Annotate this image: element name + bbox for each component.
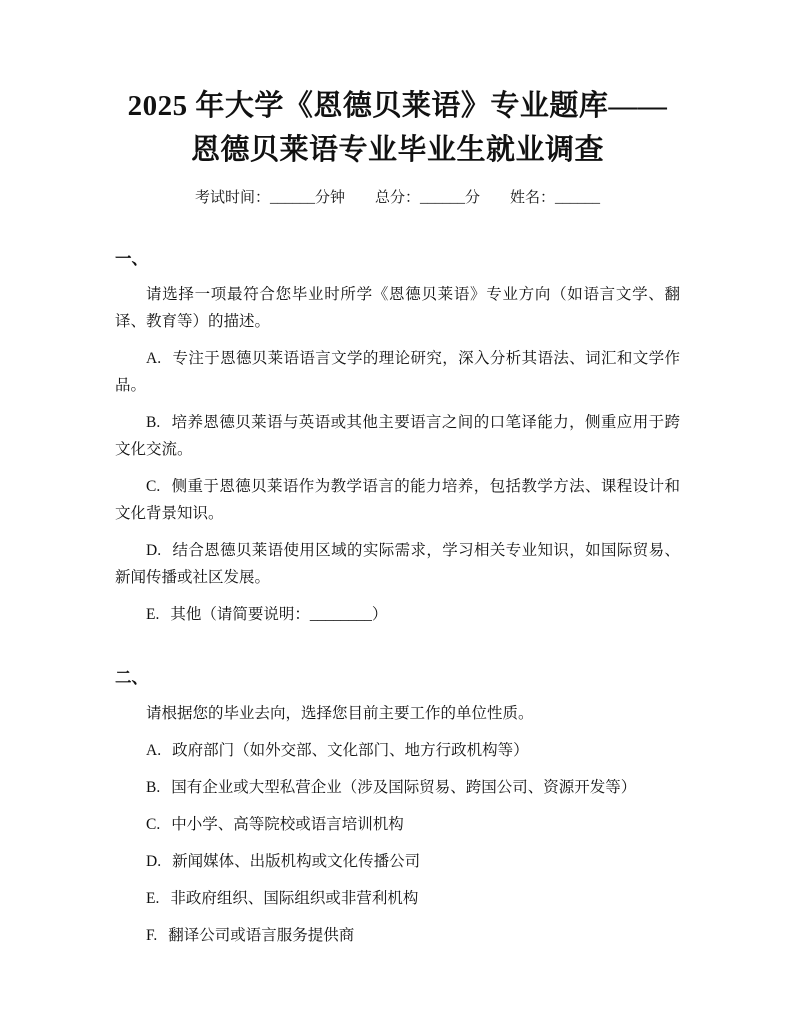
option-text: 政府部门（如外交部、文化部门、地方行政机构等） xyxy=(172,742,529,759)
section-1: 一、 请选择一项最符合您毕业时所学《恩德贝莱语》专业方向（如语言文学、翻译、教育… xyxy=(115,249,680,628)
exam-time-field: 考试时间：______分钟 xyxy=(195,188,345,209)
option-text: 国有企业或大型私营企业（涉及国际贸易、跨国公司、资源开发等） xyxy=(171,779,636,796)
option-text: 专注于恩德贝莱语语言文学的理论研究，深入分析其语法、词汇和文学作品。 xyxy=(115,350,680,394)
section-2: 二、 请根据您的毕业去向，选择您目前主要工作的单位性质。 A.政府部门（如外交部… xyxy=(115,668,680,949)
exam-time-unit: 分钟 xyxy=(315,190,345,206)
option-label: E. xyxy=(146,606,159,623)
section-2-option-d: D.新闻媒体、出版机构或文化传播公司 xyxy=(115,848,680,875)
section-2-option-c: C.中小学、高等院校或语言培训机构 xyxy=(115,811,680,838)
option-text: 其他（请简要说明：________） xyxy=(170,606,387,623)
option-text: 新闻媒体、出版机构或文化传播公司 xyxy=(172,853,420,870)
exam-score-blank: ______ xyxy=(420,190,465,206)
option-label: D. xyxy=(146,542,161,559)
option-label: A. xyxy=(146,350,161,367)
option-text: 培养恩德贝莱语与英语或其他主要语言之间的口笔译能力，侧重应用于跨文化交流。 xyxy=(115,414,680,458)
exam-name-label: 姓名： xyxy=(510,190,555,206)
section-1-option-b: B.培养恩德贝莱语与英语或其他主要语言之间的口笔译能力，侧重应用于跨文化交流。 xyxy=(115,409,680,463)
section-2-option-e: E.非政府组织、国际组织或非营利机构 xyxy=(115,885,680,912)
option-label: C. xyxy=(146,816,160,833)
section-2-question: 请根据您的毕业去向，选择您目前主要工作的单位性质。 xyxy=(115,700,680,727)
exam-info-row: 考试时间：______分钟 总分：______分 姓名：______ xyxy=(115,188,680,209)
document-page: 2025 年大学《恩德贝莱语》专业题库—— 恩德贝莱语专业毕业生就业调查 考试时… xyxy=(0,0,792,1025)
section-1-number: 一、 xyxy=(115,249,680,269)
option-label: D. xyxy=(146,853,161,870)
exam-score-field: 总分：______分 xyxy=(375,188,480,209)
option-label: A. xyxy=(146,742,161,759)
section-2-option-f: F.翻译公司或语言服务提供商 xyxy=(115,922,680,949)
title-line-1: 2025 年大学《恩德贝莱语》专业题库—— xyxy=(115,84,680,128)
section-2-option-b: B.国有企业或大型私营企业（涉及国际贸易、跨国公司、资源开发等） xyxy=(115,774,680,801)
option-label: F. xyxy=(146,927,157,944)
option-label: B. xyxy=(146,779,160,796)
exam-time-blank: ______ xyxy=(270,190,315,206)
option-label: B. xyxy=(146,414,160,431)
section-2-option-a: A.政府部门（如外交部、文化部门、地方行政机构等） xyxy=(115,737,680,764)
option-text: 中小学、高等院校或语言培训机构 xyxy=(171,816,404,833)
section-1-option-e: E.其他（请简要说明：________） xyxy=(115,601,680,628)
exam-score-label: 总分： xyxy=(375,190,420,206)
option-text: 非政府组织、国际组织或非营利机构 xyxy=(170,890,418,907)
title-line-2: 恩德贝莱语专业毕业生就业调查 xyxy=(115,128,680,172)
section-1-option-d: D.结合恩德贝莱语使用区域的实际需求，学习相关专业知识，如国际贸易、新闻传播或社… xyxy=(115,537,680,591)
section-1-question: 请选择一项最符合您毕业时所学《恩德贝莱语》专业方向（如语言文学、翻译、教育等）的… xyxy=(115,281,680,335)
option-text: 结合恩德贝莱语使用区域的实际需求，学习相关专业知识，如国际贸易、新闻传播或社区发… xyxy=(115,542,680,586)
document-title: 2025 年大学《恩德贝莱语》专业题库—— 恩德贝莱语专业毕业生就业调查 xyxy=(115,84,680,172)
section-1-option-a: A.专注于恩德贝莱语语言文学的理论研究，深入分析其语法、词汇和文学作品。 xyxy=(115,345,680,399)
option-label: E. xyxy=(146,890,159,907)
exam-time-label: 考试时间： xyxy=(195,190,270,206)
section-2-number: 二、 xyxy=(115,668,680,688)
exam-score-unit: 分 xyxy=(465,190,480,206)
exam-name-field: 姓名：______ xyxy=(510,188,600,209)
section-1-option-c: C.侧重于恩德贝莱语作为教学语言的能力培养，包括教学方法、课程设计和文化背景知识… xyxy=(115,473,680,527)
option-label: C. xyxy=(146,478,160,495)
exam-name-blank: ______ xyxy=(555,190,600,206)
option-text: 侧重于恩德贝莱语作为教学语言的能力培养，包括教学方法、课程设计和文化背景知识。 xyxy=(115,478,680,522)
option-text: 翻译公司或语言服务提供商 xyxy=(168,927,354,944)
